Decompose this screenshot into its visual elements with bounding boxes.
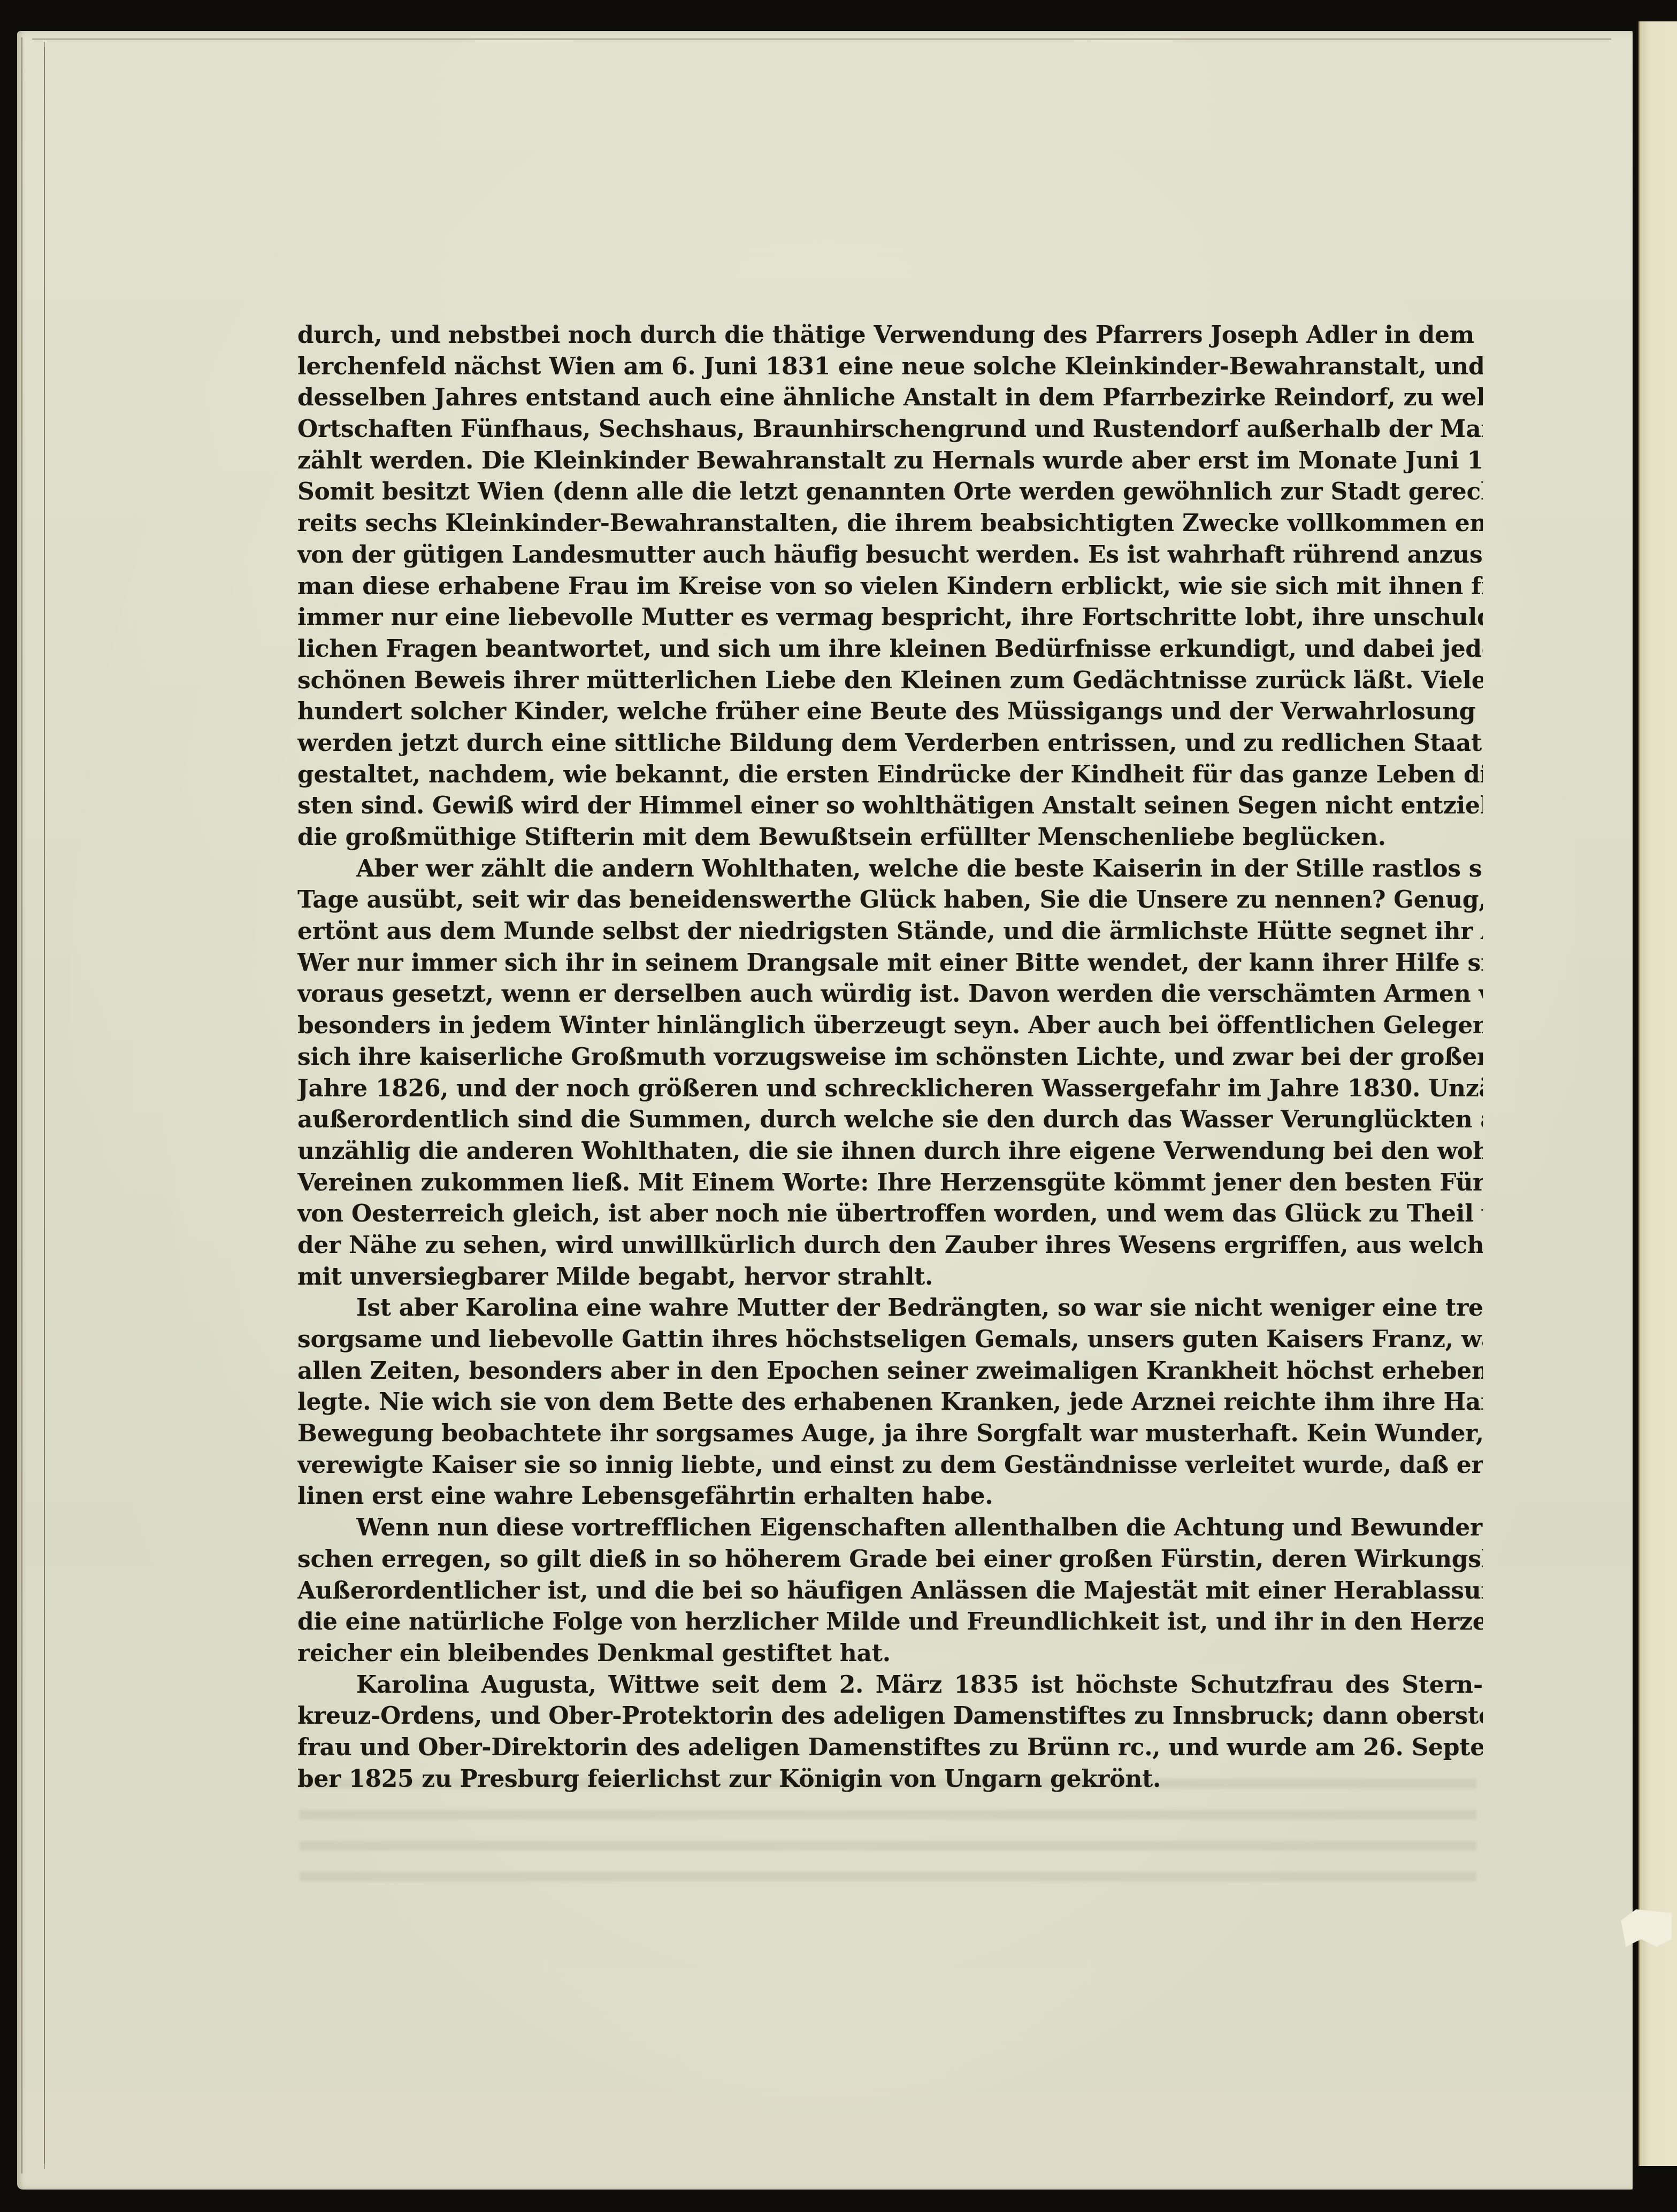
text-line: Somit besitzt Wien (denn alle die letzt … — [297, 477, 1483, 508]
text-line: schen erregen, so gilt dieß in so höhere… — [297, 1544, 1483, 1576]
text-line: Karolina Augusta, Wittwe seit dem 2. Mär… — [297, 1670, 1483, 1701]
adjacent-page-edge — [1638, 21, 1677, 2166]
text-line: voraus gesetzt, wenn er derselben auch w… — [297, 979, 1483, 1010]
text-line: immer nur eine liebevolle Mutter es verm… — [297, 602, 1483, 634]
text-line: von Oesterreich gleich, ist aber noch ni… — [297, 1199, 1483, 1230]
page-stack-edge — [21, 37, 44, 2173]
text-line: Außerordentlicher ist, und die bei so hä… — [297, 1576, 1483, 1607]
text-line: desselben Jahres entstand auch eine ähnl… — [297, 382, 1483, 414]
text-line: werden jetzt durch eine sittliche Bildun… — [297, 728, 1483, 759]
text-line: legte. Nie wich sie von dem Bette des er… — [297, 1387, 1483, 1418]
text-line: hundert solcher Kinder, welche früher ei… — [297, 696, 1483, 728]
text-line: durch, und nebstbei noch durch die thäti… — [297, 320, 1483, 351]
text-line: sten sind. Gewiß wird der Himmel einer s… — [297, 790, 1483, 822]
text-line: verewigte Kaiser sie so innig liebte, un… — [297, 1450, 1483, 1481]
text-line: ertönt aus dem Munde selbst der niedrigs… — [297, 916, 1483, 948]
text-line: Ist aber Karolina eine wahre Mutter der … — [297, 1293, 1483, 1324]
text-line: Vereinen zukommen ließ. Mit Einem Worte:… — [297, 1168, 1483, 1199]
text-line: Wenn nun diese vortrefflichen Eigenschaf… — [297, 1512, 1483, 1544]
torn-paper-fragment — [1621, 1909, 1672, 1947]
text-line: frau und Ober-Direktorin des adeligen Da… — [297, 1732, 1483, 1764]
text-line: unzählig die anderen Wohlthaten, die sie… — [297, 1136, 1483, 1168]
text-line: man diese erhabene Frau im Kreise von so… — [297, 571, 1483, 603]
text-line: besonders in jedem Winter hinlänglich üb… — [297, 1010, 1483, 1042]
text-line: reits sechs Kleinkinder-Bewahranstalten,… — [297, 508, 1483, 540]
text-line: von der gütigen Landesmutter auch häufig… — [297, 540, 1483, 571]
text-line: kreuz-Ordens, und Ober-Protektorin des a… — [297, 1701, 1483, 1732]
text-line: der Nähe zu sehen, wird unwillkürlich du… — [297, 1230, 1483, 1262]
text-line: Wer nur immer sich ihr in seinem Drangsa… — [297, 948, 1483, 979]
text-line: sorgsame und liebevolle Gattin ihres höc… — [297, 1324, 1483, 1356]
text-line: Tage ausübt, seit wir das beneidenswerth… — [297, 885, 1483, 916]
text-line: die eine natürliche Folge von herzlicher… — [297, 1607, 1483, 1638]
text-line: linen erst eine wahre Lebensgefährtin er… — [297, 1481, 1483, 1512]
text-line: mit unversiegbarer Milde begabt, hervor … — [297, 1262, 1483, 1293]
text-line: ber 1825 zu Presburg feierlichst zur Kön… — [297, 1764, 1483, 1795]
text-line: schönen Beweis ihrer mütterlichen Liebe … — [297, 665, 1483, 697]
text-line: gestaltet, nachdem, wie bekannt, die ers… — [297, 759, 1483, 791]
text-line: Bewegung beobachtete ihr sorgsames Auge,… — [297, 1418, 1483, 1450]
text-line: reicher ein bleibendes Denkmal gestiftet… — [297, 1638, 1483, 1670]
text-line: außerordentlich sind die Summen, durch w… — [297, 1104, 1483, 1136]
text-line: Jahre 1826, und der noch größeren und sc… — [297, 1073, 1483, 1105]
text-line: lichen Fragen beantwortet, und sich um i… — [297, 634, 1483, 665]
page-edge-top — [32, 39, 1611, 40]
text-line: Ortschaften Fünfhaus, Sechshaus, Braunhi… — [297, 414, 1483, 446]
text-line: sich ihre kaiserliche Großmuth vorzugswe… — [297, 1042, 1483, 1073]
text-line: lerchenfeld nächst Wien am 6. Juni 1831 … — [297, 351, 1483, 383]
text-line: Aber wer zählt die andern Wohlthaten, we… — [297, 854, 1483, 885]
body-text: durch, und nebstbei noch durch die thäti… — [297, 320, 1483, 1795]
text-line: die großmüthige Stifterin mit dem Bewußt… — [297, 822, 1483, 854]
text-line: zählt werden. Die Kleinkinder Bewahranst… — [297, 446, 1483, 477]
text-line: allen Zeiten, besonders aber in den Epoc… — [297, 1356, 1483, 1387]
